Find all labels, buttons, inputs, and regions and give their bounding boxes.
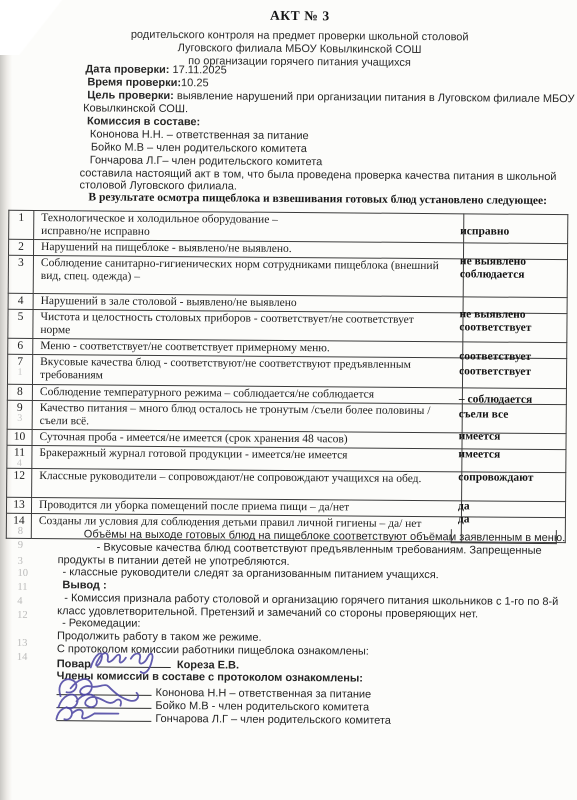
table-row-description: Чистота и целостность столовых приборов … (33, 309, 463, 341)
row-number-text: 5 (18, 311, 24, 323)
table-row-description: Соблюдение санитарно-гигиенических норм … (33, 255, 463, 296)
table-row-description: Бракеражный журнал готовой продукции - и… (32, 445, 462, 471)
table-row-number: 1 (9, 210, 34, 239)
row-number-text: 10 (14, 431, 26, 443)
table-row-number: 5 (8, 309, 33, 338)
margin-ghost-number: 9 (18, 540, 23, 551)
margin-ghost-number: 3 (18, 556, 23, 567)
table-row-number: 93 (7, 400, 32, 429)
member-handwritten-signature-3 (48, 701, 143, 730)
table-row-value: не выявлено (459, 308, 525, 321)
table-row-value: не выявлено (460, 255, 526, 268)
check-purpose-value: выявление нарушений при организации пита… (174, 90, 575, 105)
table-row-value: имеется (458, 448, 500, 460)
table-row-value: соблюдается (460, 268, 525, 281)
commission-member: Гончарова Л.Г– член родительского комите… (90, 154, 323, 168)
margin-ghost-number: 12 (17, 610, 28, 621)
check-time-line: Время проверки:10.25 (87, 76, 208, 89)
table-row-description: Классные руководители – сопровождают/не … (32, 468, 462, 500)
check-purpose-label: Цель проверки: (87, 89, 174, 102)
table-row-value: – соблюдается (459, 393, 532, 406)
document-title: АКТ № 3 (20, 6, 577, 26)
commission-member: Бойко М.В – член родительского комитета (91, 141, 307, 155)
row-number-text: 4 (18, 295, 24, 307)
table-row-value: да (458, 513, 470, 525)
margin-ghost-number: 10 (17, 568, 28, 579)
row-number-text: 3 (18, 257, 24, 269)
margin-ghost-number: 11 (17, 582, 27, 593)
result-heading: В результате осмотра пищеблока и взвешив… (88, 191, 547, 207)
margin-ghost-number: 8 (18, 526, 23, 537)
margin-ghost-number: 4 (17, 596, 22, 607)
findings-line: - классные руководители следят за органи… (62, 566, 438, 581)
commission-heading: Комиссия в составе: (87, 115, 200, 128)
check-date-label: Дата проверки: (85, 63, 169, 76)
margin-ghost-number: 14 (17, 652, 28, 663)
recommendations-label: - Рекомедации: (62, 617, 140, 630)
margin-ghost-number: 13 (17, 638, 28, 649)
table-row-number: 6 (8, 338, 33, 354)
table-row-number: 3 (8, 255, 33, 293)
cook-name: Кореза Е.В. (177, 659, 239, 671)
table-row-value-cell (461, 501, 565, 518)
check-time-value: 10.25 (181, 77, 209, 89)
table-row-value: соответствует (459, 365, 531, 378)
commission-member: Кононова Н.Н. – ответственная за питание (90, 128, 309, 142)
table-row-number: 4 (8, 293, 33, 309)
row-number-text: 12 (13, 470, 25, 482)
check-purpose-line-2: Ковылкинской СОШ. (83, 102, 188, 115)
table-row-number: 114 (7, 445, 32, 468)
row-number-text: 6 (17, 340, 23, 352)
row-number-text: 13 (13, 499, 25, 511)
table-row-number: 8 (7, 384, 32, 400)
row-number-ghost: 1 (8, 368, 32, 377)
table-row-value: соответствует (459, 350, 531, 363)
table-row-value: исправно (460, 225, 509, 237)
check-date-line: Дата проверки: 17.11.2025 (85, 63, 226, 76)
table-row-number: 12 (7, 468, 32, 497)
table-row-value: съели все (459, 408, 509, 420)
table-row-value: сопровождают (458, 471, 533, 484)
member-signature-name: Гончарова Л.Г – член родительского комит… (155, 713, 391, 727)
table-row-number: 10 (7, 429, 32, 445)
table-row-description: Технологическое и холодильное оборудован… (34, 210, 464, 242)
row-number-ghost: 3 (8, 414, 32, 423)
document-content: АКТ № 3 родительского контроля на предме… (0, 0, 577, 800)
table-row-value: соответствует (459, 321, 531, 334)
row-number-text: 1 (18, 212, 24, 224)
recommendations-text: Продолжить работу в таком же режиме. (57, 630, 262, 644)
row-number-text: 8 (17, 386, 23, 398)
table-row-description: Вкусовые качества блюд - соответствуют/н… (32, 354, 462, 387)
row-number-ghost: 4 (7, 459, 31, 468)
table-row-value: да (458, 500, 470, 512)
row-number-text: 2 (18, 241, 24, 253)
table-row-number: 2 (8, 239, 33, 255)
scanned-document-page: АКТ № 3 родительского контроля на предме… (0, 0, 577, 800)
conclusion-heading: Вывод : (62, 579, 106, 591)
table-row-number: 13 (6, 497, 31, 513)
table-row-number: 71 (7, 354, 32, 384)
table-row-value: имеется (459, 430, 501, 442)
check-date-value: 17.11.2025 (169, 64, 226, 76)
table-row-description: Качество питания – много блюд осталось н… (32, 400, 462, 432)
check-time-label: Время проверки: (87, 76, 181, 89)
